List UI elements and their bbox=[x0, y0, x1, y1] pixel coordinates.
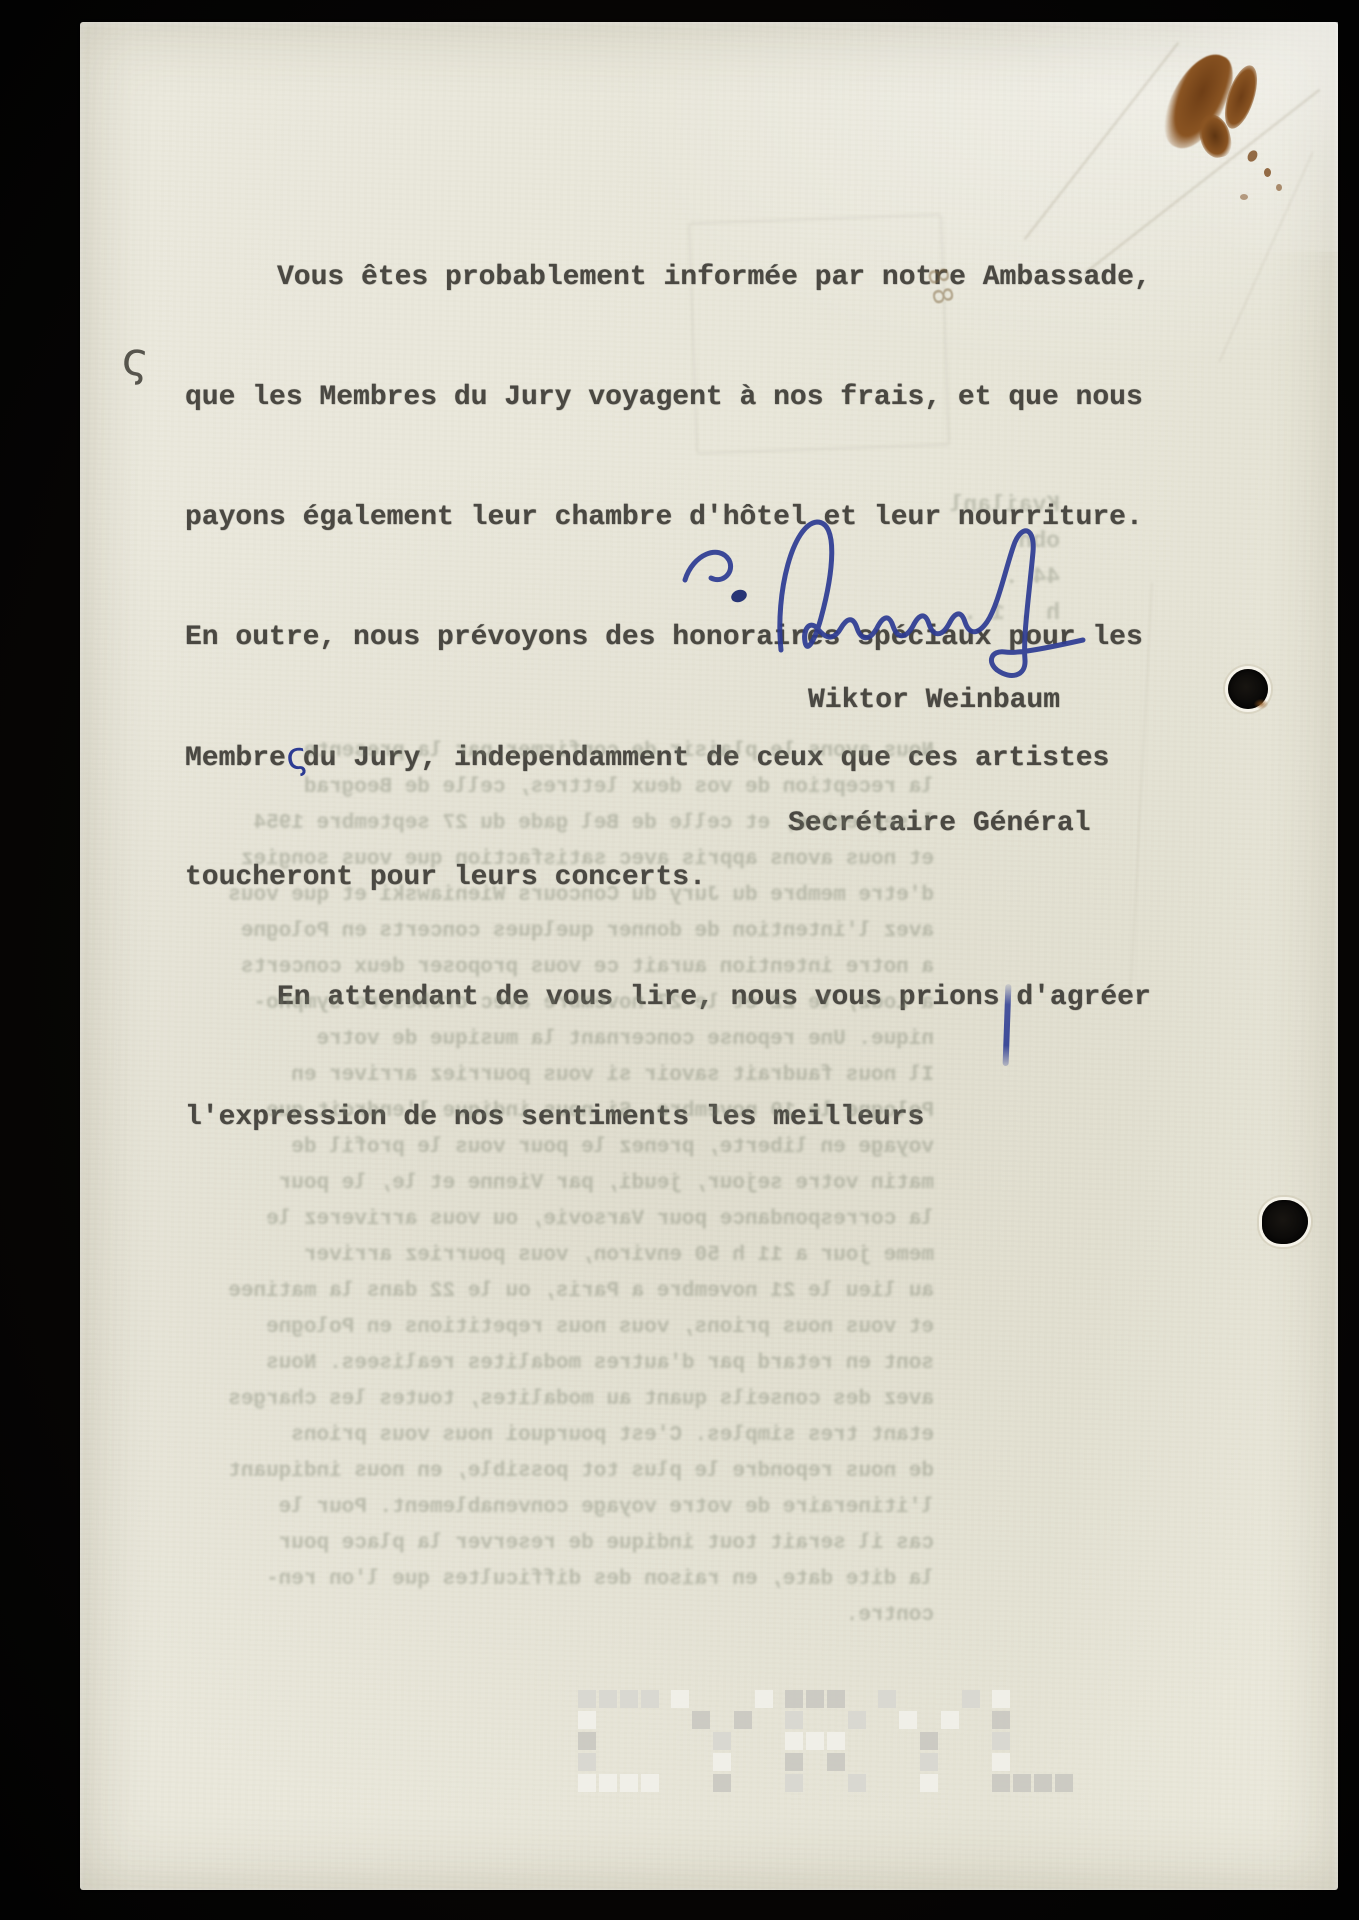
watermark-gap bbox=[620, 1753, 638, 1771]
watermark-gap bbox=[920, 1690, 938, 1708]
watermark-block bbox=[713, 1753, 731, 1771]
watermark-block bbox=[992, 1753, 1010, 1771]
watermark-gap bbox=[878, 1711, 896, 1729]
watermark-block bbox=[620, 1774, 638, 1792]
watermark-gap bbox=[1013, 1753, 1031, 1771]
watermark-gap bbox=[734, 1753, 752, 1771]
watermark-block bbox=[941, 1711, 959, 1729]
watermark-row bbox=[671, 1732, 773, 1750]
bleed-through-line: la dite date, en raison des difficultes … bbox=[88, 1562, 934, 1598]
bleed-through-line: cas il serait tout indique de reserver l… bbox=[88, 1526, 934, 1562]
watermark-gap bbox=[734, 1690, 752, 1708]
bleed-through-line: avez des conseils quant au modalites, to… bbox=[88, 1382, 934, 1418]
letter-line: que les Membres du Jury voyagent à nos f… bbox=[185, 378, 1265, 418]
watermark-letter bbox=[785, 1690, 866, 1792]
watermark-gap bbox=[671, 1774, 689, 1792]
bleed-through-line: et vous nous prions, vous nous repetitio… bbox=[88, 1310, 934, 1346]
watermark-block bbox=[992, 1690, 1010, 1708]
watermark-letter bbox=[671, 1690, 773, 1792]
bleed-through-line: la reception de vos deux lettres, celle … bbox=[88, 770, 934, 806]
watermark-gap bbox=[941, 1753, 959, 1771]
ink-stain bbox=[1196, 111, 1234, 160]
bleed-through-line: nique. Une reponse concernant la musique… bbox=[88, 1022, 934, 1058]
bleed-through-line: etant tres simples. C'est pourquoi nous … bbox=[88, 1418, 934, 1454]
watermark-gap bbox=[1055, 1753, 1073, 1771]
watermark-gap bbox=[806, 1753, 824, 1771]
watermark-row bbox=[578, 1732, 659, 1750]
watermark-block bbox=[806, 1732, 824, 1750]
watermark-block bbox=[641, 1690, 659, 1708]
letter-line: En outre, nous prévoyons des honoraires … bbox=[185, 618, 1265, 658]
watermark-gap bbox=[641, 1732, 659, 1750]
watermark-block bbox=[692, 1711, 710, 1729]
watermark-gap bbox=[755, 1732, 773, 1750]
watermark-block bbox=[641, 1774, 659, 1792]
bleed-through-line: matin votre sejour, jeudi, par Vienne et… bbox=[88, 1166, 934, 1202]
watermark-row bbox=[785, 1690, 866, 1708]
watermark-gap bbox=[827, 1774, 845, 1792]
watermark-block bbox=[578, 1690, 596, 1708]
watermark-letter bbox=[578, 1690, 659, 1792]
watermark-gap bbox=[848, 1753, 866, 1771]
watermark-row bbox=[785, 1753, 866, 1771]
watermark-gap bbox=[713, 1711, 731, 1729]
watermark-gap bbox=[641, 1753, 659, 1771]
watermark-block bbox=[1055, 1774, 1073, 1792]
watermark-gap bbox=[620, 1732, 638, 1750]
bleed-through-line: d'etre membre du Jury du Concours Wienia… bbox=[88, 878, 934, 914]
watermark-gap bbox=[1013, 1690, 1031, 1708]
watermark-gap bbox=[899, 1732, 917, 1750]
bleed-through-text: Nous avons le plaisir de confirmer par l… bbox=[88, 734, 934, 1706]
watermark-row bbox=[992, 1774, 1073, 1792]
watermark-row bbox=[785, 1732, 866, 1750]
bleed-through-line bbox=[88, 1634, 934, 1670]
watermark-gap bbox=[878, 1753, 896, 1771]
watermark-gap bbox=[806, 1774, 824, 1792]
bleed-through-line: la correspondance pour Varsovie, ou vous… bbox=[88, 1202, 934, 1238]
watermark-gap bbox=[962, 1753, 980, 1771]
watermark-row bbox=[878, 1711, 980, 1729]
bleed-through-line: Pologne le 19 novembre. Si nous indique … bbox=[88, 1094, 934, 1130]
watermark-gap bbox=[713, 1690, 731, 1708]
watermark-gap bbox=[692, 1732, 710, 1750]
watermark-row bbox=[992, 1753, 1073, 1771]
bleed-through-line: voyage en liberte, prenez le pour vous l… bbox=[88, 1130, 934, 1166]
watermark-gap bbox=[1055, 1711, 1073, 1729]
watermark-gap bbox=[899, 1774, 917, 1792]
watermark-block bbox=[1013, 1774, 1031, 1792]
watermark-gap bbox=[899, 1690, 917, 1708]
watermark-gap bbox=[671, 1711, 689, 1729]
watermark-gap bbox=[878, 1774, 896, 1792]
watermark-block bbox=[578, 1711, 596, 1729]
bleed-through-line: avez l'intention de donner quelques conc… bbox=[88, 914, 934, 950]
watermark-row bbox=[992, 1690, 1073, 1708]
cyryl-watermark bbox=[578, 1690, 1073, 1794]
watermark-gap bbox=[941, 1732, 959, 1750]
watermark-row bbox=[878, 1732, 980, 1750]
bleed-through-line: et nous avons appris avec satisfaction q… bbox=[88, 842, 934, 878]
punch-hole bbox=[1262, 1200, 1308, 1244]
watermark-letter bbox=[878, 1690, 980, 1792]
watermark-block bbox=[785, 1732, 803, 1750]
watermark-block bbox=[920, 1753, 938, 1771]
watermark-block bbox=[599, 1690, 617, 1708]
watermark-block bbox=[920, 1732, 938, 1750]
watermark-gap bbox=[599, 1732, 617, 1750]
watermark-row bbox=[578, 1711, 659, 1729]
letter-line: payons également leur chambre d'hôtel et… bbox=[185, 498, 1265, 538]
watermark-row bbox=[785, 1774, 866, 1792]
watermark-gap bbox=[848, 1690, 866, 1708]
bleed-through-line: meme jour a 11 h 50 environ, vous pourri… bbox=[88, 1238, 934, 1274]
watermark-block bbox=[713, 1732, 731, 1750]
bleed-through-line: l'septembre, et celle de Bel gade du 27 … bbox=[88, 806, 934, 842]
watermark-block bbox=[578, 1732, 596, 1750]
watermark-gap bbox=[827, 1711, 845, 1729]
watermark-gap bbox=[755, 1753, 773, 1771]
watermark-block bbox=[755, 1690, 773, 1708]
watermark-gap bbox=[1034, 1690, 1052, 1708]
watermark-block bbox=[620, 1690, 638, 1708]
watermark-block bbox=[785, 1753, 803, 1771]
watermark-block bbox=[785, 1690, 803, 1708]
watermark-gap bbox=[1055, 1732, 1073, 1750]
watermark-gap bbox=[1034, 1753, 1052, 1771]
margin-annotation-s: ς bbox=[120, 331, 151, 387]
letter-page: Kvailanlobn44 .h . 1 . Vous êtes probabl… bbox=[80, 22, 1338, 1890]
watermark-block bbox=[827, 1690, 845, 1708]
watermark-gap bbox=[920, 1711, 938, 1729]
bleed-through-line: de nous repondre le plus tot possible, e… bbox=[88, 1454, 934, 1490]
watermark-row bbox=[878, 1690, 980, 1708]
watermark-row bbox=[671, 1690, 773, 1708]
watermark-gap bbox=[941, 1690, 959, 1708]
letter-line: Vous êtes probablement informée par notr… bbox=[185, 258, 1265, 298]
bleed-through-line: sont en retard par d'autres modalites re… bbox=[88, 1346, 934, 1382]
watermark-gap bbox=[734, 1774, 752, 1792]
watermark-block bbox=[713, 1774, 731, 1792]
watermark-gap bbox=[671, 1753, 689, 1771]
watermark-block bbox=[848, 1711, 866, 1729]
watermark-gap bbox=[641, 1711, 659, 1729]
watermark-block bbox=[920, 1774, 938, 1792]
watermark-block bbox=[671, 1690, 689, 1708]
watermark-row bbox=[578, 1753, 659, 1771]
watermark-block bbox=[848, 1774, 866, 1792]
watermark-gap bbox=[755, 1774, 773, 1792]
watermark-letter bbox=[992, 1690, 1073, 1792]
watermark-gap bbox=[692, 1690, 710, 1708]
watermark-gap bbox=[899, 1753, 917, 1771]
punch-hole bbox=[1228, 669, 1268, 709]
stain-speck bbox=[1246, 149, 1260, 164]
watermark-row bbox=[878, 1753, 980, 1771]
watermark-block bbox=[899, 1711, 917, 1729]
watermark-gap bbox=[878, 1732, 896, 1750]
watermark-gap bbox=[941, 1774, 959, 1792]
bleed-through-line: a notre intention aurait ce vous propose… bbox=[88, 950, 934, 986]
watermark-block bbox=[992, 1774, 1010, 1792]
watermark-row bbox=[578, 1690, 659, 1708]
bleed-through-line: contre. bbox=[88, 1598, 934, 1634]
watermark-block bbox=[599, 1774, 617, 1792]
watermark-gap bbox=[755, 1711, 773, 1729]
signatory-name: Wiktor Weinbaum bbox=[808, 680, 1090, 721]
watermark-gap bbox=[1013, 1711, 1031, 1729]
watermark-block bbox=[827, 1732, 845, 1750]
watermark-block bbox=[992, 1711, 1010, 1729]
watermark-gap bbox=[962, 1774, 980, 1792]
watermark-gap bbox=[1034, 1711, 1052, 1729]
watermark-gap bbox=[620, 1711, 638, 1729]
watermark-block bbox=[878, 1690, 896, 1708]
watermark-gap bbox=[599, 1753, 617, 1771]
watermark-gap bbox=[1034, 1732, 1052, 1750]
ink-stain bbox=[1154, 44, 1243, 158]
watermark-gap bbox=[1013, 1732, 1031, 1750]
watermark-gap bbox=[1055, 1690, 1073, 1708]
watermark-gap bbox=[962, 1711, 980, 1729]
watermark-block bbox=[992, 1732, 1010, 1750]
watermark-row bbox=[878, 1774, 980, 1792]
watermark-row bbox=[671, 1774, 773, 1792]
watermark-block bbox=[785, 1711, 803, 1729]
watermark-gap bbox=[734, 1732, 752, 1750]
watermark-gap bbox=[806, 1711, 824, 1729]
watermark-block bbox=[578, 1753, 596, 1771]
watermark-block bbox=[806, 1690, 824, 1708]
bleed-through-line: Il nous faudrait savoir si vous pourriez… bbox=[88, 1058, 934, 1094]
bleed-through-line: a Lodz, le 22 et le 27 novembre avec orc… bbox=[88, 986, 934, 1022]
watermark-gap bbox=[599, 1711, 617, 1729]
watermark-block bbox=[962, 1690, 980, 1708]
watermark-row bbox=[671, 1753, 773, 1771]
bleed-through-line: l'itineraire de votre voyage convenablem… bbox=[88, 1490, 934, 1526]
ink-stain bbox=[1218, 62, 1263, 133]
stain-speck bbox=[1264, 168, 1271, 177]
watermark-block bbox=[734, 1711, 752, 1729]
watermark-block bbox=[1034, 1774, 1052, 1792]
watermark-block bbox=[785, 1774, 803, 1792]
bleed-through-line: Nous avons le plaisir de confirmer par l… bbox=[88, 734, 934, 770]
watermark-row bbox=[785, 1711, 866, 1729]
watermark-gap bbox=[692, 1753, 710, 1771]
stain-speck bbox=[1276, 184, 1282, 191]
watermark-gap bbox=[692, 1774, 710, 1792]
watermark-row bbox=[992, 1732, 1073, 1750]
watermark-row bbox=[992, 1711, 1073, 1729]
watermark-block bbox=[578, 1774, 596, 1792]
watermark-row bbox=[578, 1774, 659, 1792]
watermark-block bbox=[827, 1753, 845, 1771]
watermark-gap bbox=[962, 1732, 980, 1750]
watermark-gap bbox=[671, 1732, 689, 1750]
watermark-row bbox=[671, 1711, 773, 1729]
watermark-gap bbox=[848, 1732, 866, 1750]
bleed-through-line: au lieu le 21 novembre a Paris, ou le 22… bbox=[88, 1274, 934, 1310]
